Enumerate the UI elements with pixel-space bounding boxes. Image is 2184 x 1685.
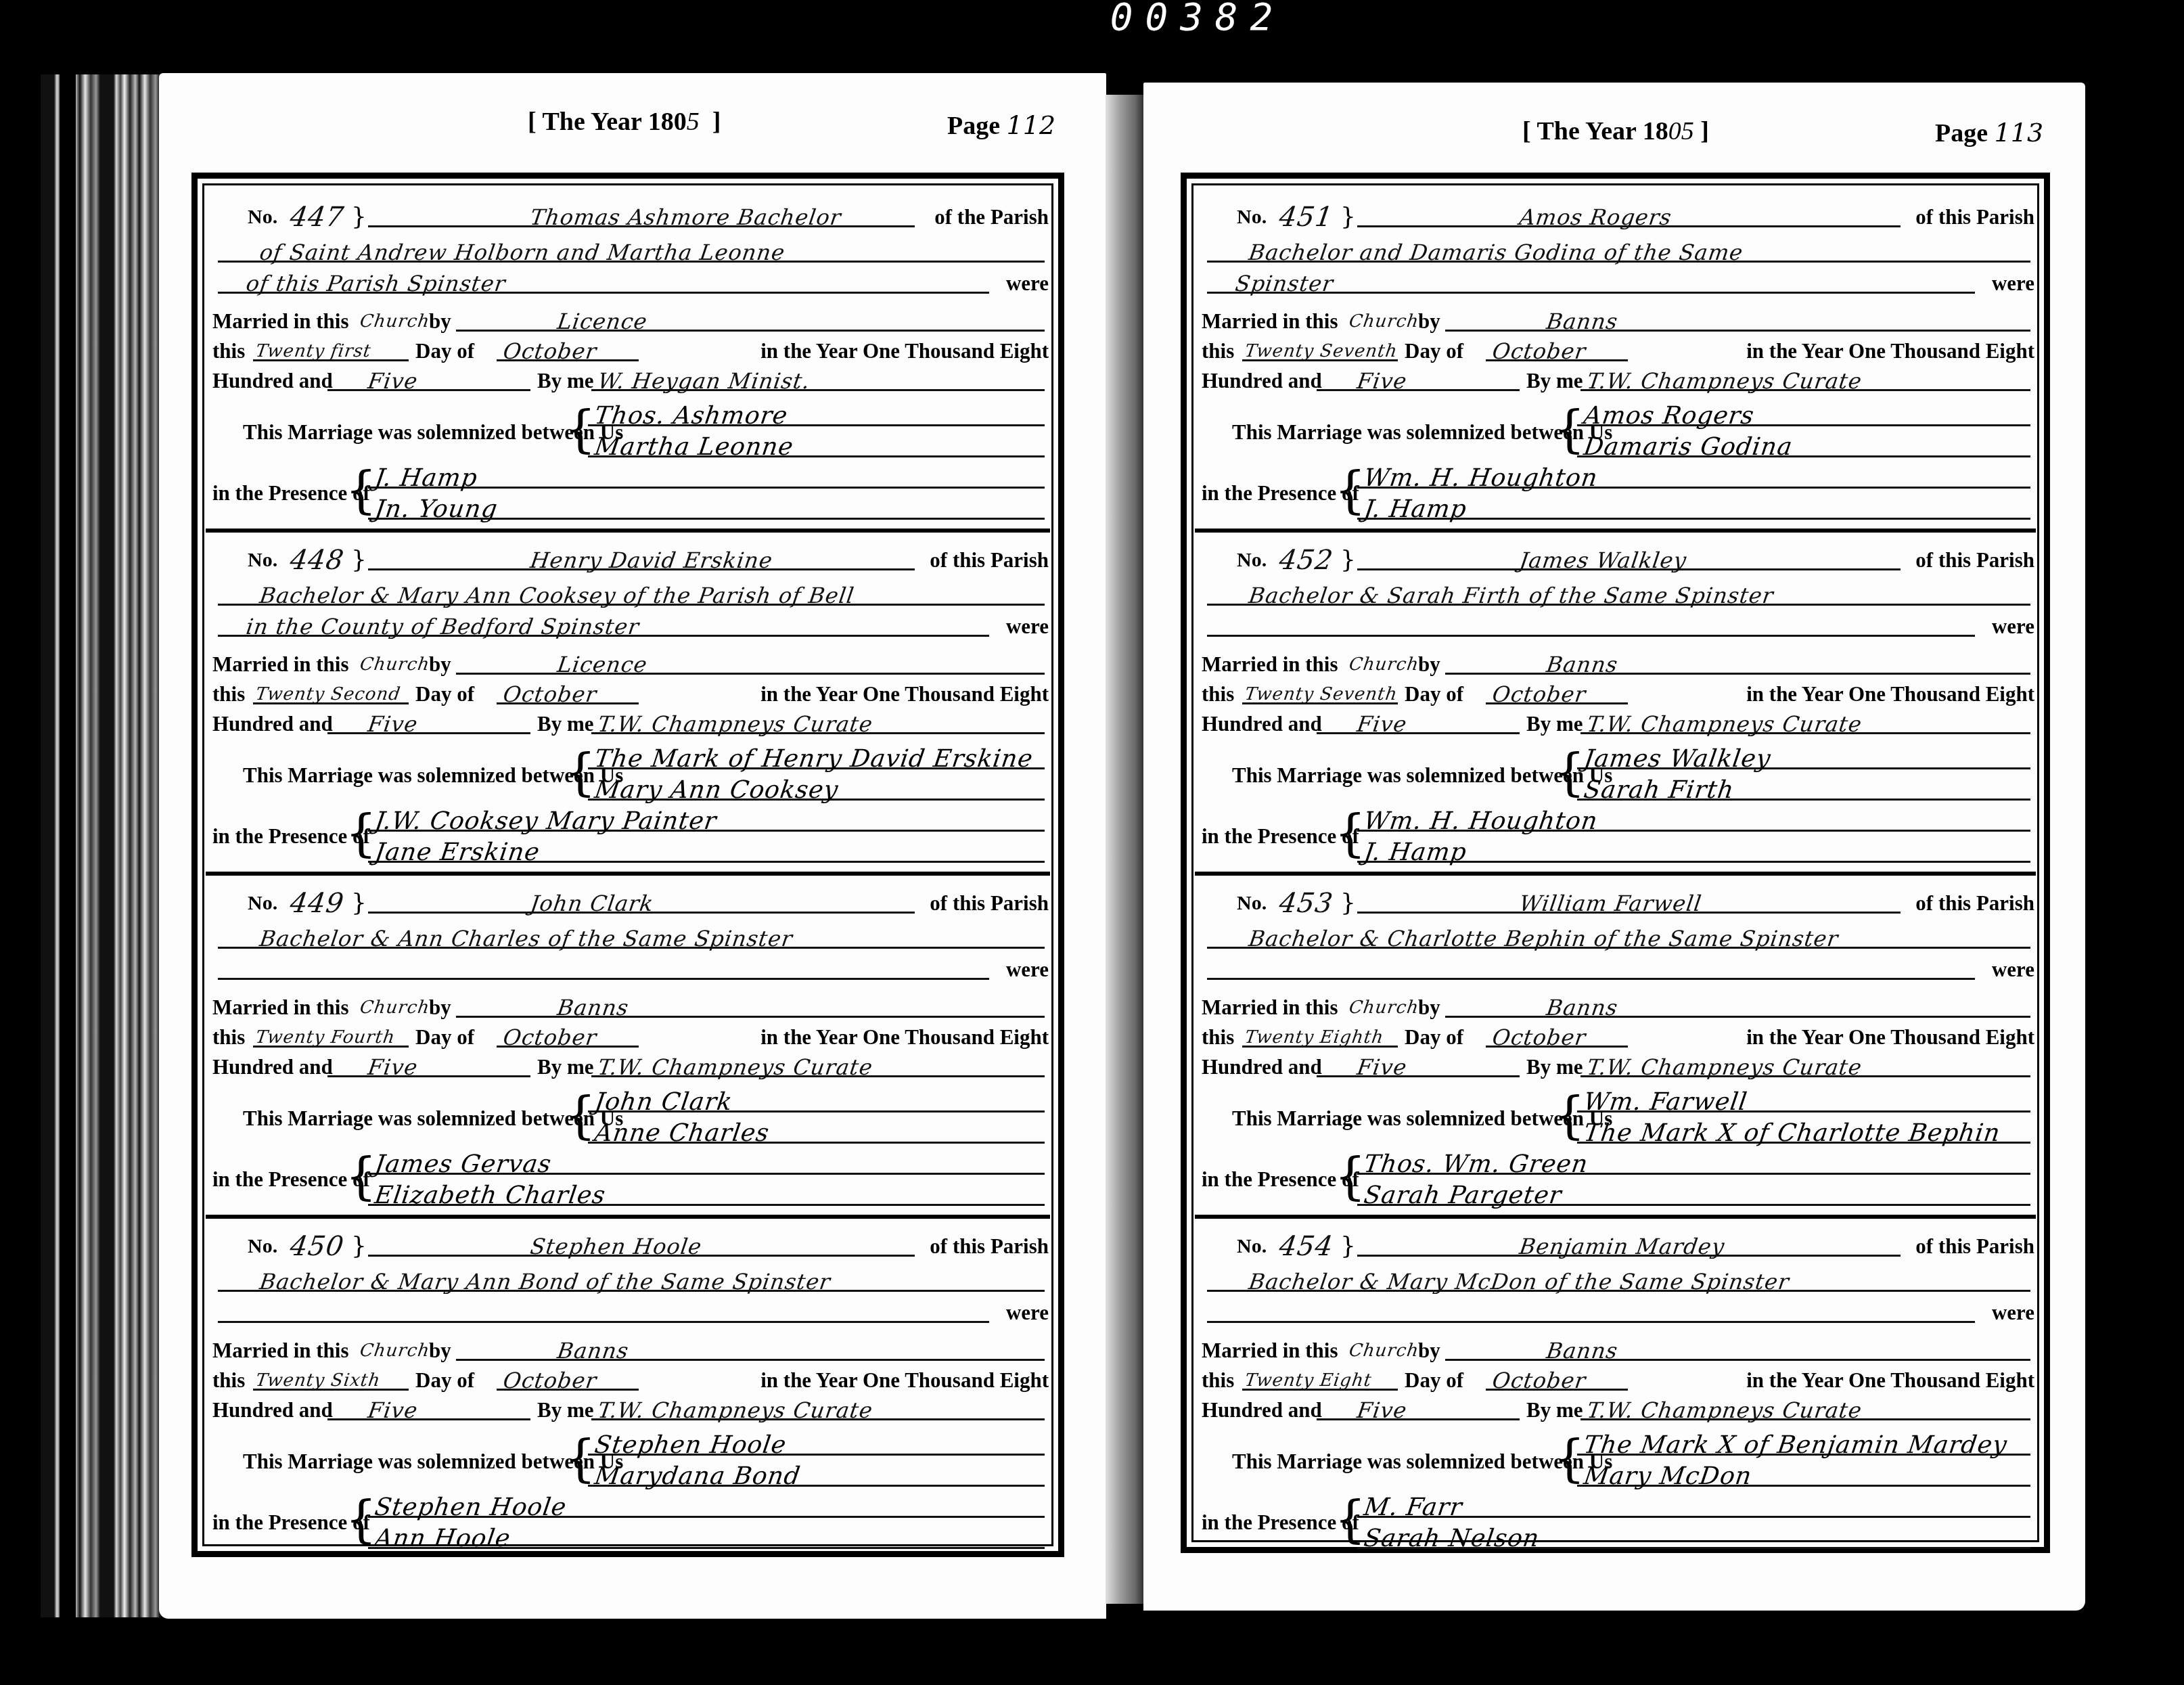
entry-line-3: were bbox=[206, 954, 1050, 985]
year-heading: [ The Year 1805 ] bbox=[528, 107, 721, 137]
rule bbox=[1445, 673, 2030, 675]
entry-details-line: Bachelor & Sarah Firth of the Same Spins… bbox=[1247, 580, 1776, 611]
hundred-and-label: Hundred and bbox=[212, 1052, 333, 1083]
entry-line-1: No. 453 } William Farwell of this Parish bbox=[1195, 888, 2036, 919]
married-in-row: Married in this Church by Banns bbox=[206, 992, 1050, 1023]
by-label: by bbox=[1418, 306, 1440, 337]
year-handwritten-digit: 05 bbox=[1668, 117, 1694, 145]
witness-row-2: J. Hamp bbox=[1195, 837, 2036, 868]
marriage-entry: No. 452 } James Walkley of this Parish B… bbox=[1195, 529, 2036, 870]
day-of-label: Day of bbox=[1405, 1365, 1463, 1396]
day-of-label: Day of bbox=[1405, 679, 1463, 710]
month-value: October bbox=[1491, 336, 1588, 367]
married-in-label: Married in this bbox=[212, 1335, 349, 1366]
number-label: No. bbox=[1237, 888, 1267, 919]
party-signature: Martha Leonne bbox=[593, 432, 796, 463]
parties-row-2: Mary McDon bbox=[1195, 1461, 2036, 1492]
month-value: October bbox=[501, 1365, 599, 1396]
number-label: No. bbox=[248, 545, 277, 576]
day-value: Twenty Second bbox=[254, 679, 403, 710]
year-tail-value: Five bbox=[366, 365, 420, 397]
year-label: in the Year One Thousand Eight bbox=[1746, 1022, 2034, 1053]
number-label: No. bbox=[1237, 545, 1267, 576]
married-in-row: Married in this Church by Banns bbox=[1195, 992, 2036, 1023]
day-value: Twenty Seventh bbox=[1243, 679, 1400, 710]
officiant-signature: T.W. Champneys Curate bbox=[1585, 1395, 1864, 1426]
groom-line: Henry David Erskine bbox=[528, 545, 775, 576]
number-label: No. bbox=[248, 1231, 277, 1262]
witness-row-2: Sarah Nelson bbox=[1195, 1523, 2036, 1554]
parish-label: of this Parish bbox=[1915, 202, 2034, 233]
entry-line-2: of Saint Andrew Holborn and Martha Leonn… bbox=[206, 237, 1050, 268]
parties-row-2: Anne Charles bbox=[206, 1118, 1050, 1149]
page-header: [ The Year 1805 ] Page 112 bbox=[159, 73, 1106, 141]
year-tail-value: Five bbox=[1355, 709, 1409, 740]
entry-line-2: Bachelor & Ann Charles of the Same Spins… bbox=[206, 923, 1050, 954]
by-label: by bbox=[429, 992, 451, 1023]
brace-icon: } bbox=[1340, 545, 1356, 576]
rule bbox=[1317, 389, 1520, 391]
brace-icon: } bbox=[351, 545, 367, 576]
frame-counter: 00382 bbox=[1110, 0, 1286, 38]
marriage-entry: No. 454 } Benjamin Mardey of this Parish… bbox=[1195, 1215, 2036, 1556]
party-signature: Mary Ann Cooksey bbox=[593, 775, 840, 806]
date-row: this Twenty Eight Day of October in the … bbox=[1195, 1365, 2036, 1396]
married-in-row: Married in this Church by Banns bbox=[1195, 306, 2036, 337]
groom-line: Stephen Hoole bbox=[528, 1231, 704, 1262]
this-label: this bbox=[212, 679, 245, 710]
number-label: No. bbox=[248, 888, 277, 919]
were-label: were bbox=[1992, 268, 2034, 299]
day-value: Twenty Fourth bbox=[254, 1022, 397, 1053]
month-value: October bbox=[501, 679, 599, 710]
officiant-row: Hundred and Five By me T.W. Champneys Cu… bbox=[206, 1395, 1050, 1426]
entry-line-2: Bachelor & Mary Ann Cooksey of the Paris… bbox=[206, 580, 1050, 611]
parties-row-2: Sarah Firth bbox=[1195, 775, 2036, 806]
parish-label: of this Parish bbox=[930, 1231, 1049, 1262]
witness-signature: Jn. Young bbox=[373, 494, 500, 525]
married-in-label: Married in this bbox=[1202, 306, 1338, 337]
this-label: this bbox=[212, 1022, 245, 1053]
marriage-entry: No. 451 } Amos Rogers of this Parish Bac… bbox=[1195, 185, 2036, 527]
day-of-label: Day of bbox=[415, 336, 474, 367]
brace-icon: } bbox=[1340, 1231, 1356, 1262]
by-value: Banns bbox=[555, 992, 631, 1023]
year-tail-value: Five bbox=[366, 1395, 420, 1426]
were-label: were bbox=[1006, 1297, 1049, 1328]
married-in-label: Married in this bbox=[1202, 649, 1338, 680]
page-label: Page bbox=[1935, 119, 1988, 148]
rule bbox=[1445, 330, 2030, 332]
entry-line-1: No. 449 } John Clark of this Parish bbox=[206, 888, 1050, 919]
month-value: October bbox=[501, 336, 599, 367]
place-value: Church bbox=[358, 306, 432, 337]
by-label: by bbox=[429, 306, 451, 337]
married-in-row: Married in this Church by Banns bbox=[206, 1335, 1050, 1366]
by-label: by bbox=[1418, 649, 1440, 680]
rule bbox=[456, 1016, 1045, 1018]
date-row: this Twenty Seventh Day of October in th… bbox=[1195, 336, 2036, 367]
page-number-label: Page 112 bbox=[947, 110, 1055, 141]
book-gutter bbox=[1106, 95, 1145, 1604]
party-signature: Anne Charles bbox=[593, 1118, 771, 1149]
witness-signature: Elizabeth Charles bbox=[373, 1180, 608, 1211]
date-row: this Twenty Fourth Day of October in the… bbox=[206, 1022, 1050, 1053]
date-row: this Twenty Second Day of October in the… bbox=[206, 679, 1050, 710]
rule bbox=[1317, 1075, 1520, 1077]
parties-row-2: Martha Leonne bbox=[206, 432, 1050, 463]
this-label: this bbox=[1202, 1022, 1234, 1053]
by-label: by bbox=[429, 649, 451, 680]
officiant-row: Hundred and Five By me T.W. Champneys Cu… bbox=[1195, 709, 2036, 740]
day-of-label: Day of bbox=[415, 679, 474, 710]
were-label: were bbox=[1006, 268, 1049, 299]
page-number: 113 bbox=[1995, 118, 2044, 148]
rule bbox=[1445, 1359, 2030, 1361]
day-of-label: Day of bbox=[415, 1022, 474, 1053]
place-value: Church bbox=[1347, 1335, 1421, 1366]
married-in-label: Married in this bbox=[212, 992, 349, 1023]
year-tail-value: Five bbox=[366, 1052, 420, 1083]
register-frame: No. 447 } Thomas Ashmore Bachelor of the… bbox=[191, 173, 1064, 1557]
year-label: in the Year One Thousand Eight bbox=[760, 1365, 1049, 1396]
entry-details-line: of this Parish Spinster bbox=[244, 268, 508, 299]
year-label: in the Year One Thousand Eight bbox=[1746, 1365, 2034, 1396]
register-frame: No. 451 } Amos Rogers of this Parish Bac… bbox=[1181, 173, 2050, 1553]
month-value: October bbox=[1491, 679, 1588, 710]
entry-number: 453 bbox=[1277, 888, 1336, 919]
parish-label: of the Parish bbox=[934, 202, 1049, 233]
month-value: October bbox=[1491, 1365, 1588, 1396]
entry-line-2: Bachelor & Charlotte Bephin of the Same … bbox=[1195, 923, 2036, 954]
rule bbox=[327, 389, 530, 391]
page-number-label: Page 113 bbox=[1935, 118, 2043, 148]
day-of-label: Day of bbox=[1405, 1022, 1463, 1053]
witness-signature: Ann Hoole bbox=[373, 1523, 513, 1554]
were-label: were bbox=[1992, 1297, 2034, 1328]
entry-number: 447 bbox=[288, 202, 346, 233]
parish-label: of this Parish bbox=[1915, 1231, 2034, 1262]
married-in-row: Married in this Church by Licence bbox=[206, 649, 1050, 680]
this-label: this bbox=[1202, 1365, 1234, 1396]
parish-label: of this Parish bbox=[930, 888, 1049, 919]
this-label: this bbox=[212, 1365, 245, 1396]
rule bbox=[218, 978, 989, 980]
groom-line: William Farwell bbox=[1518, 888, 1704, 919]
married-in-label: Married in this bbox=[212, 649, 349, 680]
entry-details-line: of Saint Andrew Holborn and Martha Leonn… bbox=[258, 237, 788, 268]
married-in-label: Married in this bbox=[1202, 992, 1338, 1023]
marriage-entry: No. 449 } John Clark of this Parish Bach… bbox=[206, 872, 1050, 1213]
register-page-right: [ The Year 1805 ] Page 113 No. 451 } Amo… bbox=[1143, 83, 2085, 1611]
rule bbox=[1317, 1418, 1520, 1420]
year-label: in the Year One Thousand Eight bbox=[760, 679, 1049, 710]
by-value: Licence bbox=[555, 306, 650, 337]
by-me-label: By me bbox=[537, 709, 594, 740]
witness-row-2: Sarah Pargeter bbox=[1195, 1180, 2036, 1211]
rule bbox=[218, 1321, 989, 1323]
entry-line-3: were bbox=[206, 1297, 1050, 1328]
were-label: were bbox=[1992, 611, 2034, 642]
entry-line-3: were bbox=[1195, 1297, 2036, 1328]
by-me-label: By me bbox=[1526, 365, 1583, 397]
officiant-signature: T.W. Champneys Curate bbox=[1585, 365, 1864, 397]
by-label: by bbox=[1418, 992, 1440, 1023]
parties-row-2: Damaris Godina bbox=[1195, 432, 2036, 463]
married-in-label: Married in this bbox=[212, 306, 349, 337]
page-header: [ The Year 1805 ] Page 113 bbox=[1143, 83, 2085, 150]
entry-line-1: No. 447 } Thomas Ashmore Bachelor of the… bbox=[206, 202, 1050, 233]
parties-row-2: The Mark X of Charlotte Bephin bbox=[1195, 1118, 2036, 1149]
year-heading: [ The Year 1805 ] bbox=[1522, 116, 1709, 146]
brace-icon: } bbox=[351, 202, 367, 233]
by-me-label: By me bbox=[1526, 1395, 1583, 1426]
rule bbox=[327, 732, 530, 734]
officiant-row: Hundred and Five By me T.W. Champneys Cu… bbox=[206, 1052, 1050, 1083]
entry-line-1: No. 450 } Stephen Hoole of this Parish bbox=[206, 1231, 1050, 1262]
year-label: in the Year One Thousand Eight bbox=[760, 1022, 1049, 1053]
marriage-entry: No. 448 } Henry David Erskine of this Pa… bbox=[206, 529, 1050, 870]
number-label: No. bbox=[1237, 202, 1267, 233]
by-value: Banns bbox=[1545, 306, 1620, 337]
groom-line: Benjamin Mardey bbox=[1518, 1231, 1727, 1262]
hundred-and-label: Hundred and bbox=[212, 365, 333, 397]
witness-row-2: Jn. Young bbox=[206, 494, 1050, 525]
groom-line: Amos Rogers bbox=[1518, 202, 1674, 233]
entry-separator bbox=[206, 1215, 1050, 1219]
officiant-signature: T.W. Champneys Curate bbox=[1585, 709, 1864, 740]
officiant-signature: W. Heygan Minist. bbox=[596, 365, 813, 397]
party-signature: The Mark X of Charlotte Bephin bbox=[1582, 1118, 2003, 1149]
year-label: in the Year One Thousand Eight bbox=[1746, 336, 2034, 367]
place-value: Church bbox=[1347, 649, 1421, 680]
month-value: October bbox=[1491, 1022, 1588, 1053]
place-value: Church bbox=[1347, 992, 1421, 1023]
rule bbox=[1207, 635, 1975, 637]
rule bbox=[456, 673, 1045, 675]
parties-row-2: Marydana Bond bbox=[206, 1461, 1050, 1492]
date-row: this Twenty Seventh Day of October in th… bbox=[1195, 679, 2036, 710]
party-signature: Sarah Firth bbox=[1582, 775, 1736, 806]
year-handwritten-digit: 5 bbox=[687, 108, 700, 136]
married-in-row: Married in this Church by Licence bbox=[206, 306, 1050, 337]
witness-signature: Sarah Pargeter bbox=[1362, 1180, 1564, 1211]
hundred-and-label: Hundred and bbox=[212, 709, 333, 740]
by-label: by bbox=[429, 1335, 451, 1366]
entry-number: 451 bbox=[1277, 202, 1336, 233]
parish-label: of this Parish bbox=[930, 545, 1049, 576]
year-tail-value: Five bbox=[1355, 1052, 1409, 1083]
place-value: Church bbox=[358, 992, 432, 1023]
entry-line-3: of this Parish Spinster were bbox=[206, 268, 1050, 299]
entry-separator bbox=[206, 872, 1050, 876]
witness-signature: J. Hamp bbox=[1362, 494, 1469, 525]
by-value: Banns bbox=[1545, 1335, 1620, 1366]
entry-number: 449 bbox=[288, 888, 346, 919]
entry-line-3: were bbox=[1195, 954, 2036, 985]
entry-line-1: No. 448 } Henry David Erskine of this Pa… bbox=[206, 545, 1050, 576]
place-value: Church bbox=[358, 1335, 432, 1366]
by-me-label: By me bbox=[1526, 709, 1583, 740]
entry-separator bbox=[1195, 872, 2036, 876]
witness-signature: J. Hamp bbox=[1362, 837, 1469, 868]
party-signature: Marydana Bond bbox=[593, 1461, 802, 1492]
page-number: 112 bbox=[1007, 110, 1056, 140]
officiant-signature: T.W. Champneys Curate bbox=[1585, 1052, 1864, 1083]
entry-number: 454 bbox=[1277, 1231, 1336, 1262]
by-value: Banns bbox=[555, 1335, 631, 1366]
entry-line-1: No. 452 } James Walkley of this Parish bbox=[1195, 545, 2036, 576]
number-label: No. bbox=[1237, 1231, 1267, 1262]
hundred-and-label: Hundred and bbox=[1202, 709, 1322, 740]
witness-signature: Sarah Nelson bbox=[1362, 1523, 1542, 1554]
spine-shadow bbox=[60, 74, 76, 1617]
entry-line-2: Bachelor and Damaris Godina of the Same bbox=[1195, 237, 2036, 268]
by-value: Banns bbox=[1545, 992, 1620, 1023]
this-label: this bbox=[1202, 679, 1234, 710]
entry-line-1: No. 454 } Benjamin Mardey of this Parish bbox=[1195, 1231, 2036, 1262]
day-of-label: Day of bbox=[415, 1365, 474, 1396]
witness-row-2: J. Hamp bbox=[1195, 494, 2036, 525]
rule bbox=[1207, 1321, 1975, 1323]
entry-details-line: in the County of Bedford Spinster bbox=[244, 611, 641, 642]
officiant-row: Hundred and Five By me T.W. Champneys Cu… bbox=[206, 709, 1050, 740]
parish-label: of this Parish bbox=[1915, 888, 2034, 919]
rule bbox=[327, 1418, 530, 1420]
page-label: Page bbox=[947, 112, 1000, 140]
witness-row-2: Jane Erskine bbox=[206, 837, 1050, 868]
entry-line-1: No. 451 } Amos Rogers of this Parish bbox=[1195, 202, 2036, 233]
rule bbox=[456, 330, 1045, 332]
by-me-label: By me bbox=[537, 365, 594, 397]
entry-line-2: Bachelor & Sarah Firth of the Same Spins… bbox=[1195, 580, 2036, 611]
married-in-label: Married in this bbox=[1202, 1335, 1338, 1366]
entry-number: 452 bbox=[1277, 545, 1336, 576]
brace-icon: } bbox=[351, 1231, 367, 1262]
marriage-entry: No. 447 } Thomas Ashmore Bachelor of the… bbox=[206, 185, 1050, 527]
were-label: were bbox=[1006, 611, 1049, 642]
by-me-label: By me bbox=[537, 1395, 594, 1426]
entry-separator bbox=[1195, 1215, 2036, 1219]
entry-details-line: Bachelor and Damaris Godina of the Same bbox=[1247, 237, 1746, 268]
entry-details-line: Bachelor & Ann Charles of the Same Spins… bbox=[258, 923, 795, 954]
by-label: by bbox=[1418, 1335, 1440, 1366]
rule bbox=[456, 1359, 1045, 1361]
were-label: were bbox=[1992, 954, 2034, 985]
hundred-and-label: Hundred and bbox=[1202, 1052, 1322, 1083]
groom-line: John Clark bbox=[528, 888, 656, 919]
entry-line-3: Spinster were bbox=[1195, 268, 2036, 299]
entry-line-3: were bbox=[1195, 611, 2036, 642]
by-value: Banns bbox=[1545, 649, 1620, 680]
stacked-page-edges bbox=[41, 74, 161, 1617]
this-label: this bbox=[212, 336, 245, 367]
entry-details-line: Bachelor & Mary Ann Bond of the Same Spi… bbox=[258, 1266, 833, 1297]
marriage-entry: No. 450 } Stephen Hoole of this Parish B… bbox=[206, 1215, 1050, 1556]
officiant-row: Hundred and Five By me T.W. Champneys Cu… bbox=[1195, 365, 2036, 397]
day-value: Twenty Sixth bbox=[254, 1365, 383, 1396]
entry-line-2: Bachelor & Mary Ann Bond of the Same Spi… bbox=[206, 1266, 1050, 1297]
officiant-signature: T.W. Champneys Curate bbox=[596, 1052, 875, 1083]
rule bbox=[1207, 978, 1975, 980]
by-me-label: By me bbox=[1526, 1052, 1583, 1083]
year-suffix: ] bbox=[712, 108, 721, 136]
entry-separator bbox=[206, 529, 1050, 533]
year-label: in the Year One Thousand Eight bbox=[760, 336, 1049, 367]
entry-number: 450 bbox=[288, 1231, 346, 1262]
officiant-row: Hundred and Five By me T.W. Champneys Cu… bbox=[1195, 1052, 2036, 1083]
married-in-row: Married in this Church by Banns bbox=[1195, 1335, 2036, 1366]
register-page-left: [ The Year 1805 ] Page 112 No. 447 } Tho… bbox=[159, 73, 1106, 1619]
day-value: Twenty first bbox=[254, 336, 373, 367]
year-label: in the Year One Thousand Eight bbox=[1746, 679, 2034, 710]
parish-label: of this Parish bbox=[1915, 545, 2034, 576]
marriage-entry: No. 453 } William Farwell of this Parish… bbox=[1195, 872, 2036, 1213]
rule bbox=[1317, 732, 1520, 734]
witness-signature: Jane Erskine bbox=[373, 837, 542, 868]
year-suffix: ] bbox=[1700, 117, 1709, 145]
day-of-label: Day of bbox=[1405, 336, 1463, 367]
brace-icon: } bbox=[351, 888, 367, 919]
by-me-label: By me bbox=[537, 1052, 594, 1083]
entry-line-2: Bachelor & Mary McDon of the Same Spinst… bbox=[1195, 1266, 2036, 1297]
entry-details-line: Spinster bbox=[1233, 268, 1336, 299]
party-signature: Damaris Godina bbox=[1582, 432, 1795, 463]
this-label: this bbox=[1202, 336, 1234, 367]
brace-icon: } bbox=[1340, 202, 1356, 233]
entry-separator bbox=[1195, 529, 2036, 533]
year-tail-value: Five bbox=[366, 709, 420, 740]
party-signature: Mary McDon bbox=[1582, 1461, 1754, 1492]
officiant-row: Hundred and Five By me W. Heygan Minist. bbox=[206, 365, 1050, 397]
officiant-row: Hundred and Five By me T.W. Champneys Cu… bbox=[1195, 1395, 2036, 1426]
officiant-signature: T.W. Champneys Curate bbox=[596, 709, 875, 740]
groom-line: James Walkley bbox=[1518, 545, 1689, 576]
year-prefix: [ The Year 180 bbox=[528, 108, 687, 136]
place-value: Church bbox=[1347, 306, 1421, 337]
day-value: Twenty Seventh bbox=[1243, 336, 1400, 367]
brace-icon: } bbox=[1340, 888, 1356, 919]
date-row: this Twenty Sixth Day of October in the … bbox=[206, 1365, 1050, 1396]
day-value: Twenty Eight bbox=[1243, 1365, 1374, 1396]
entry-details-line: Bachelor & Mary Ann Cooksey of the Paris… bbox=[258, 580, 857, 611]
witness-row-2: Elizabeth Charles bbox=[206, 1180, 1050, 1211]
entry-number: 448 bbox=[288, 545, 346, 576]
entry-details-line: Bachelor & Mary McDon of the Same Spinst… bbox=[1247, 1266, 1792, 1297]
rule bbox=[327, 1075, 530, 1077]
groom-line: Thomas Ashmore Bachelor bbox=[528, 202, 844, 233]
year-prefix: [ The Year 18 bbox=[1522, 117, 1668, 145]
witness-row-2: Ann Hoole bbox=[206, 1523, 1050, 1554]
hundred-and-label: Hundred and bbox=[1202, 1395, 1322, 1426]
hundred-and-label: Hundred and bbox=[1202, 365, 1322, 397]
place-value: Church bbox=[358, 649, 432, 680]
hundred-and-label: Hundred and bbox=[212, 1395, 333, 1426]
parties-row-2: Mary Ann Cooksey bbox=[206, 775, 1050, 806]
year-tail-value: Five bbox=[1355, 365, 1409, 397]
month-value: October bbox=[501, 1022, 599, 1053]
entry-line-3: in the County of Bedford Spinster were bbox=[206, 611, 1050, 642]
rule bbox=[1445, 1016, 2030, 1018]
day-value: Twenty Eighth bbox=[1243, 1022, 1386, 1053]
year-tail-value: Five bbox=[1355, 1395, 1409, 1426]
entry-details-line: Bachelor & Charlotte Bephin of the Same … bbox=[1247, 923, 1841, 954]
officiant-signature: T.W. Champneys Curate bbox=[596, 1395, 875, 1426]
married-in-row: Married in this Church by Banns bbox=[1195, 649, 2036, 680]
number-label: No. bbox=[248, 202, 277, 233]
by-value: Licence bbox=[555, 649, 650, 680]
were-label: were bbox=[1006, 954, 1049, 985]
